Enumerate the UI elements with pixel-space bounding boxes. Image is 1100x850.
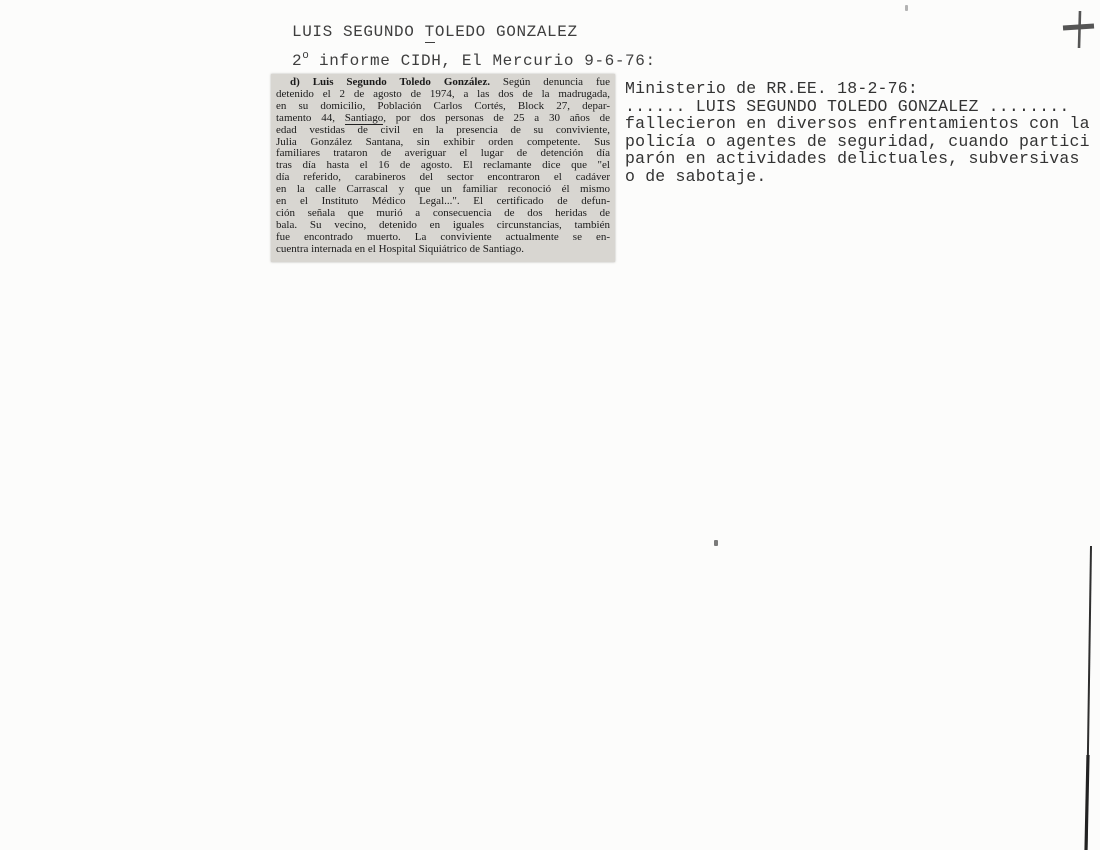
ministry-line: policía o agentes de seguridad, cuando p… [625, 133, 1100, 151]
header-title: LUIS SEGUNDO TOLEDO GONZALEZ [292, 20, 656, 44]
scanned-document-page: { "header": { "line1_pre": "LUIS SEGUNDO… [0, 0, 1100, 850]
scan-speck [714, 540, 718, 546]
underlined-letter: T [425, 23, 435, 43]
ministry-line: ...... LUIS SEGUNDO TOLEDO GONZALEZ ....… [625, 98, 1100, 116]
header-subtitle: 2o informe CIDH, El Mercurio 9-6-76: [292, 44, 656, 73]
ministry-line: fallecieron en diversos enfrentamientos … [625, 115, 1100, 133]
ministry-line: Ministerio de RR.EE. 18-2-76: [625, 80, 1100, 98]
ministry-statement: Ministerio de RR.EE. 18-2-76:...... LUIS… [625, 80, 1100, 186]
superscript-o: o [302, 50, 309, 62]
clipping-line: cuentra internada en el Hospital Siquiát… [276, 244, 610, 256]
ministry-line: o de sabotaje. [625, 168, 1100, 186]
ministry-line: parón en actividades delictuales, subver… [625, 150, 1100, 168]
page-edge-line [1086, 546, 1091, 850]
newspaper-clipping: d) Luis Segundo Toledo González. Según d… [271, 74, 615, 262]
document-header: LUIS SEGUNDO TOLEDO GONZALEZ 2o informe … [292, 20, 656, 73]
scan-speck [905, 5, 908, 11]
plus-crop-mark-icon [1063, 11, 1094, 48]
clipping-text: d) Luis Segundo Toledo González. Según d… [276, 77, 610, 256]
